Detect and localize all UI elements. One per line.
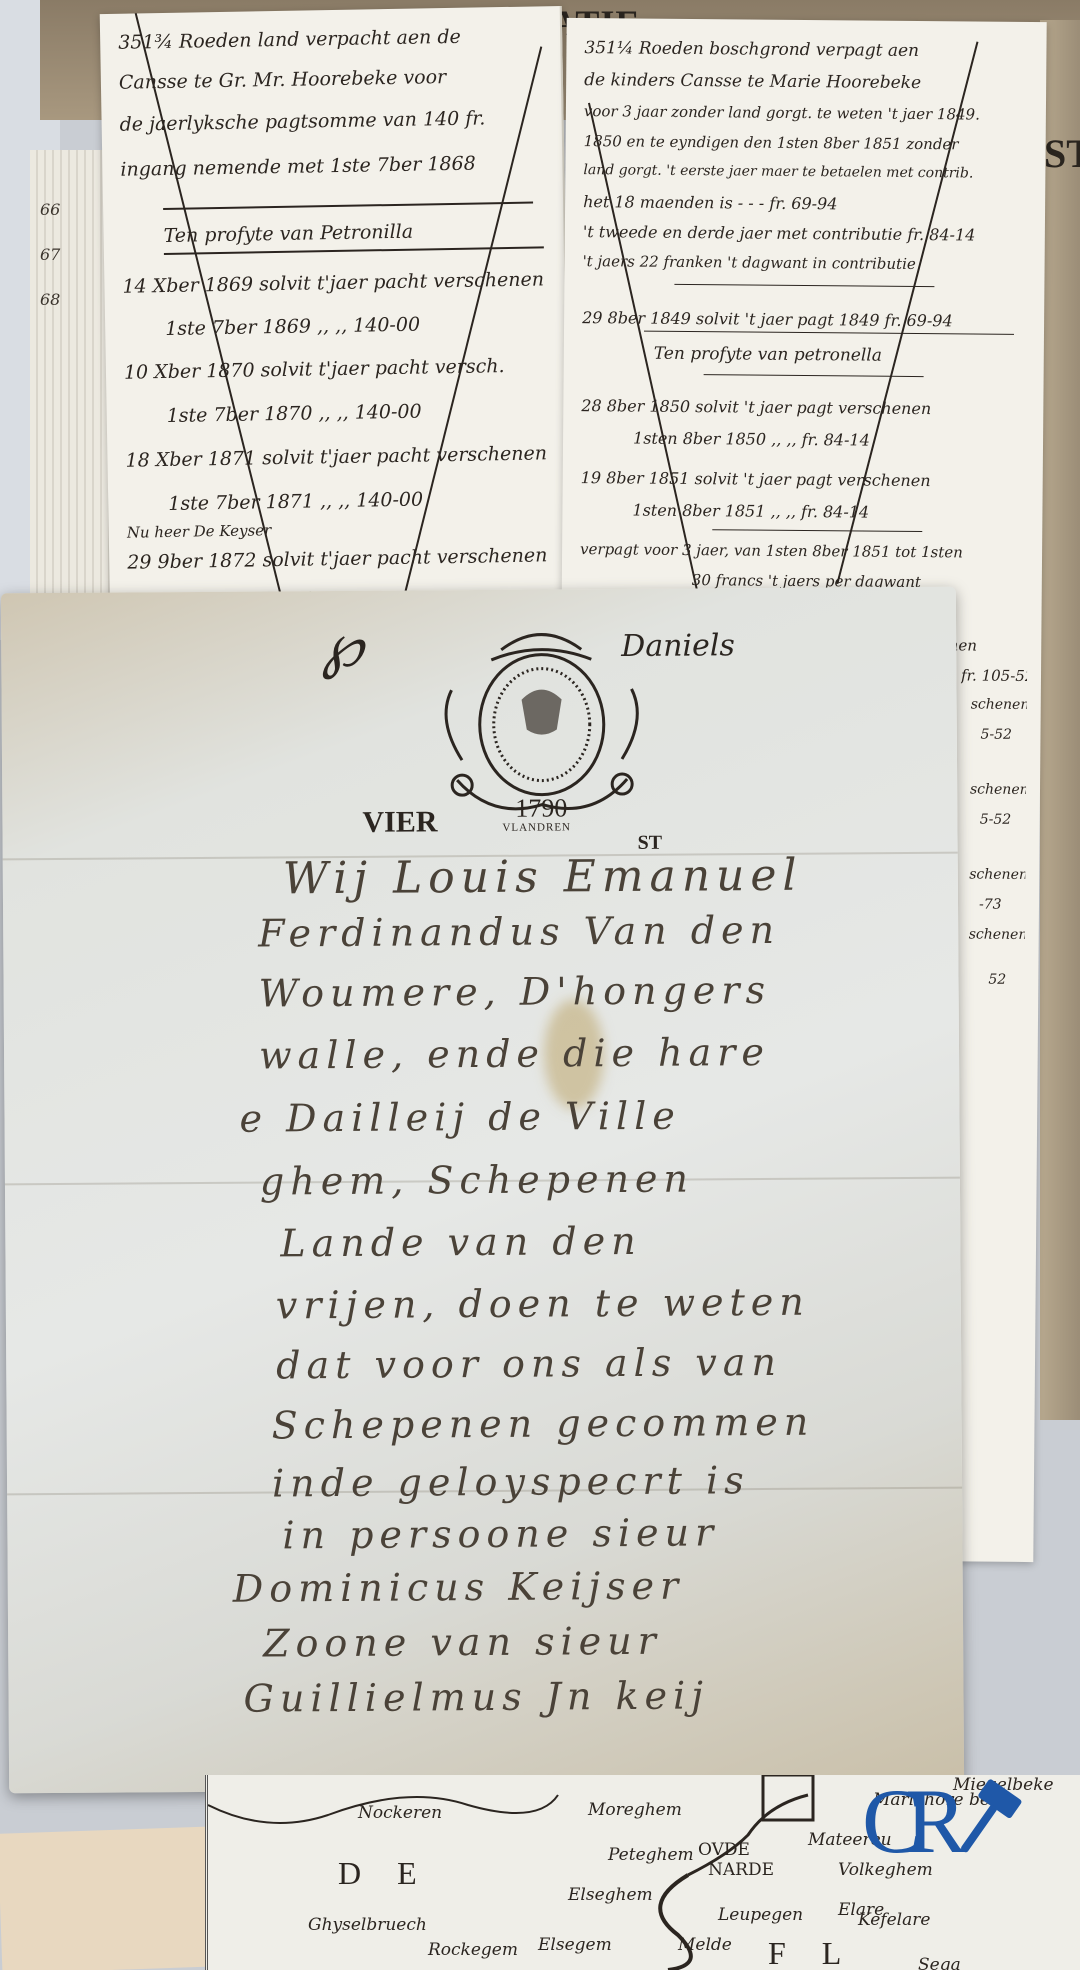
lion-crest-stamp-icon [431,619,652,821]
ledger-line: 29 9ber 1872 solvit t'jaer pacht versche… [127,544,555,573]
ledger-line: 18 Xber 1871 solvit t'jaer pacht versche… [125,442,553,471]
ledger-line: 19 8ber 1851 solvit 't jaer pagt versche… [581,468,1029,491]
stamp-band-text: VLANDREN [502,821,571,833]
deed-line: Guillielmus Jn keij [243,1673,709,1720]
deed-line: vrijen, doen te weten [276,1280,810,1328]
ledger-line: ingang nemende met 1ste 7ber 1868 [120,151,548,180]
ledger-note: Nu heer De Keyser [127,516,555,541]
deed-line: Lande van den [280,1219,642,1266]
ledger-line: 1850 en te eyndigen den 1sten 8ber 1851 … [584,132,1032,154]
ledger-line: 5-52 [980,727,1026,743]
ledger-line: 28 8ber 1850 solvit 't jaer pagt versche… [581,396,1029,419]
ledger-rule [164,246,544,255]
deed-line: Wij Louis Emanuel [283,850,803,905]
ledger-line: het 18 maenden is - - - fr. 69-94 [583,192,1031,215]
ledger-line: Cansse te Gr. Mr. Hoorebeke voor [119,64,547,93]
ledger-line: voor 3 jaar zonder land gorgt. te weten … [584,102,1032,124]
ledger-rule [674,284,934,287]
ledger-line: 351¼ Roeden boschgrond verpagt aen [584,38,1032,62]
ledger-line: 10 Xber 1870 solvit t'jaer pacht versch. [124,354,552,383]
envelope-corner [0,1826,222,1970]
ledger-heading: Ten profyte van petronella [654,344,1030,367]
flourish-glyph: ℘ [321,611,363,681]
deed-line: e Dailleij de Ville [239,1094,681,1141]
deed-line: inde geloyspecrt is [272,1458,750,1505]
ledger-line: schenen [969,926,1025,942]
ledger-rule [163,202,533,210]
ledger-line: 1ste 7ber 1870 ,, ,, 140-00 [167,398,553,427]
gavel-icon [940,1775,1030,1865]
deed-line: dat voor ons als van [276,1340,782,1388]
margin-number: 66 [40,200,60,219]
logo-text: CR [862,1775,949,1867]
ledger-line: 1ste 7ber 1869 ,, ,, 140-00 [165,311,551,340]
ledger-line: schenen [969,866,1025,882]
background-strip: ST [1040,20,1080,1420]
ledger-line: 29 8ber 1849 solvit 't jaer pagt 1849 fr… [582,308,1030,331]
stamped-deed-document: ℘ Daniels VIER 1790 VLANDREN ST Wij Loui… [1,587,964,1794]
ledger-line: 1sten 8ber 1851 ,, ,, fr. 84-14 [632,501,1028,523]
ledger-line: de jaerlyksche pagtsomme van 140 fr. [119,106,547,135]
ledger-left-page: 351¾ Roeden land verpacht aen de Cansse … [100,6,573,624]
ledger-line: 't tweede en derde jaer met contributie … [583,222,1031,245]
ledger-rule [644,331,1014,335]
watermark-logo: CR [862,1775,1022,1895]
ledger-line: 5-52 [980,812,1026,828]
margin-number: 67 [40,245,60,264]
ledger-line: 52 [988,972,1024,988]
ledger-line: 14 Xber 1869 solvit t'jaer pacht versche… [122,268,550,297]
ledger-line: -73 [979,897,1025,913]
ledger-line: 351¾ Roeden land verpacht aen de [118,24,546,53]
stamp-left-word: VIER [362,805,437,840]
ledger-line: schenen [970,781,1026,797]
ledger-line: 1sten 8ber 1850 ,, ,, fr. 84-14 [633,429,1029,451]
ledger-rule [712,529,922,532]
ledger-line: 't jaers 22 franken 't dagwant in contri… [583,252,1031,274]
ledger-line: 1ste 7ber 1871 ,, ,, 140-00 [168,486,554,515]
deed-line: Woumere, D'hongers [258,968,771,1016]
margin-number: 68 [40,290,60,309]
deed-line: Zoone van sieur [263,1619,662,1666]
cross-out-line [135,13,285,605]
deed-line: Schepenen gecommen [271,1400,814,1448]
deed-line: ghem, Schepenen [260,1157,694,1204]
ledger-line: verpagt voor 3 jaer, van 1sten 8ber 1851… [580,540,1028,562]
deed-line: in persoone sieur [282,1510,719,1557]
deed-line: Dominicus Keijser [233,1564,685,1611]
ledger-line: fr. 105-52 [961,666,1027,685]
deed-line: Ferdinandus Van den [258,908,780,956]
ledger-line: schenen [971,696,1027,712]
stamp-year: 1790 [515,793,567,823]
ledger-line: land gorgt. 't eerste jaer maer te betae… [583,162,1031,182]
deed-line: walle, ende die hare [259,1030,770,1078]
strip-text: ST [1044,130,1080,177]
